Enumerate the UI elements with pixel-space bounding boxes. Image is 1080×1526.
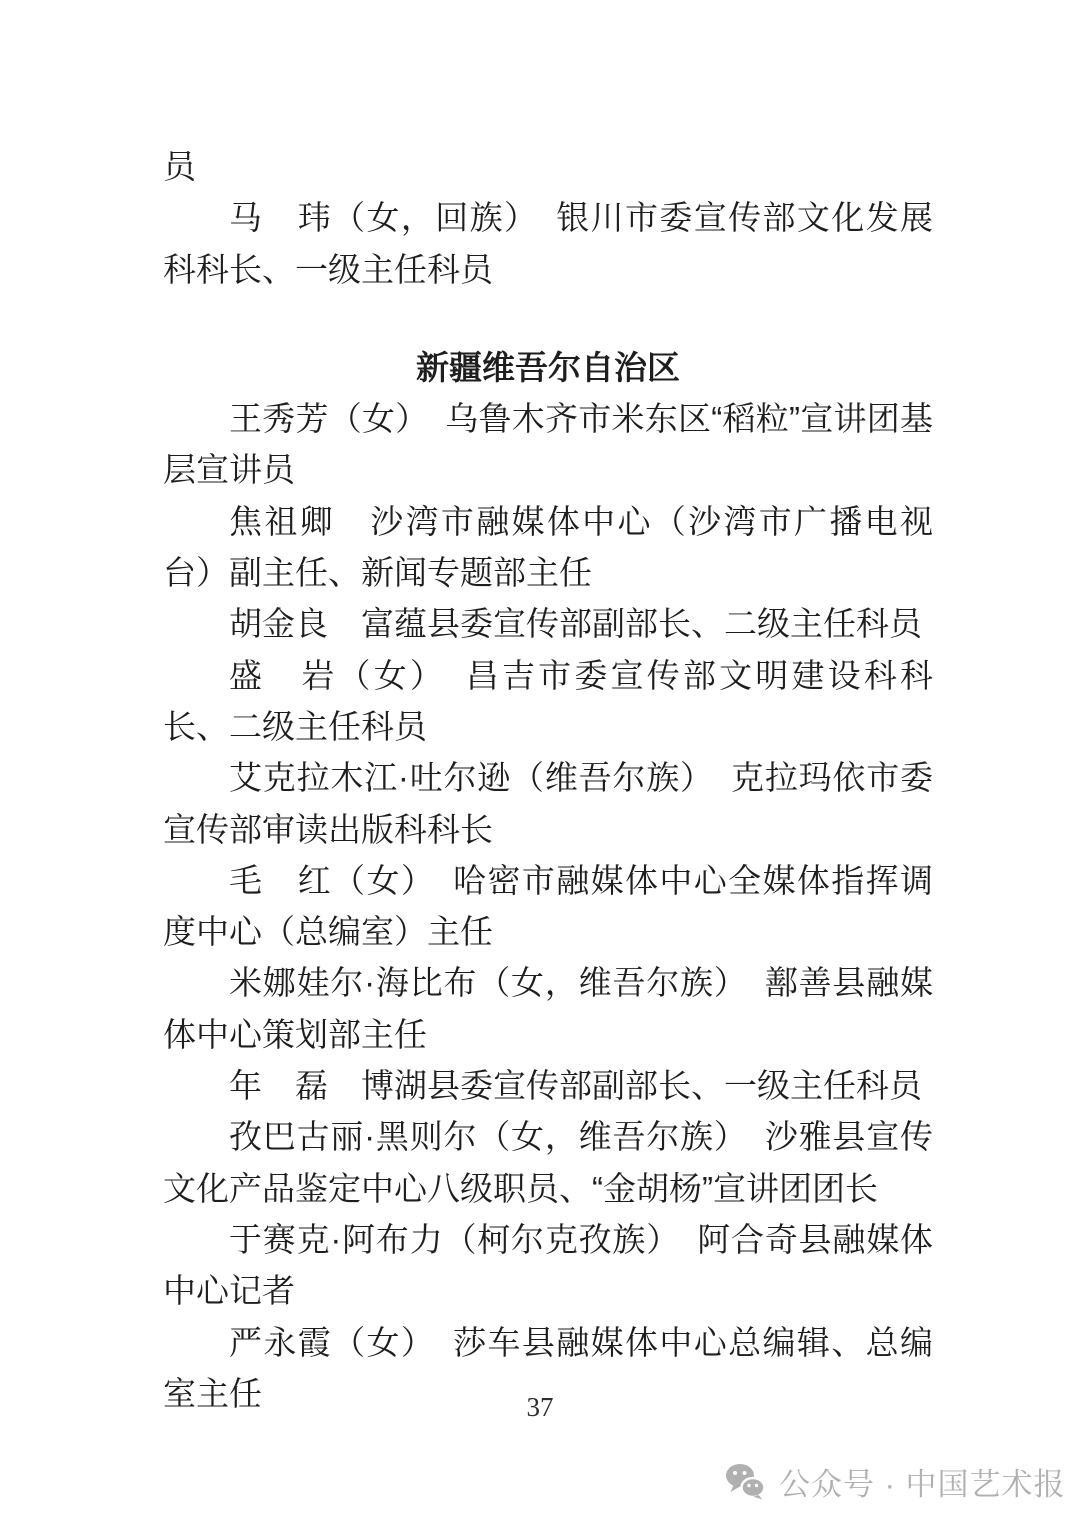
document-body: 员马 玮（女，回族） 银川市委宣传部文化发展科科长、一级主任科员新疆维吾尔自治区… xyxy=(163,141,933,1419)
award-entry: 于赛克·阿布力（柯尔克孜族） 阿合奇县融媒体中心记者 xyxy=(163,1214,933,1317)
award-entry: 毛 红（女） 哈密市融媒体中心全媒体指挥调度中心（总编室）主任 xyxy=(163,855,933,958)
award-entry: 米娜娃尔·海比布（女，维吾尔族） 鄯善县融媒体中心策划部主任 xyxy=(163,957,933,1060)
award-entry: 年 磊 博湖县委宣传部副部长、一级主任科员 xyxy=(163,1060,933,1111)
award-entry: 焦祖卿 沙湾市融媒体中心（沙湾市广播电视台）副主任、新闻专题部主任 xyxy=(163,496,933,599)
award-entry: 王秀芳（女） 乌鲁木齐市米东区“稻粒”宣讲团基层宣讲员 xyxy=(163,393,933,496)
award-entry: 孜巴古丽·黑则尔（女，维吾尔族） 沙雅县宣传文化产品鉴定中心八级职员、“金胡杨”… xyxy=(163,1111,933,1214)
footer-watermark: 公众号 · 中国艺术报 xyxy=(725,1460,1066,1502)
wechat-icon xyxy=(725,1462,765,1500)
page-number: 37 xyxy=(0,1392,1080,1423)
award-entry: 马 玮（女，回族） 银川市委宣传部文化发展科科长、一级主任科员 xyxy=(163,192,933,295)
award-entry: 胡金良 富蕴县委宣传部副部长、二级主任科员 xyxy=(163,598,933,649)
section-heading: 新疆维吾尔自治区 xyxy=(163,342,933,393)
footer-label: 公众号 · 中国艺术报 xyxy=(779,1459,1066,1504)
award-entry: 员 xyxy=(163,141,933,192)
award-entry: 盛 岩（女） 昌吉市委宣传部文明建设科科长、二级主任科员 xyxy=(163,650,933,753)
award-entry: 艾克拉木江·吐尔逊（维吾尔族） 克拉玛依市委宣传部审读出版科科长 xyxy=(163,752,933,855)
